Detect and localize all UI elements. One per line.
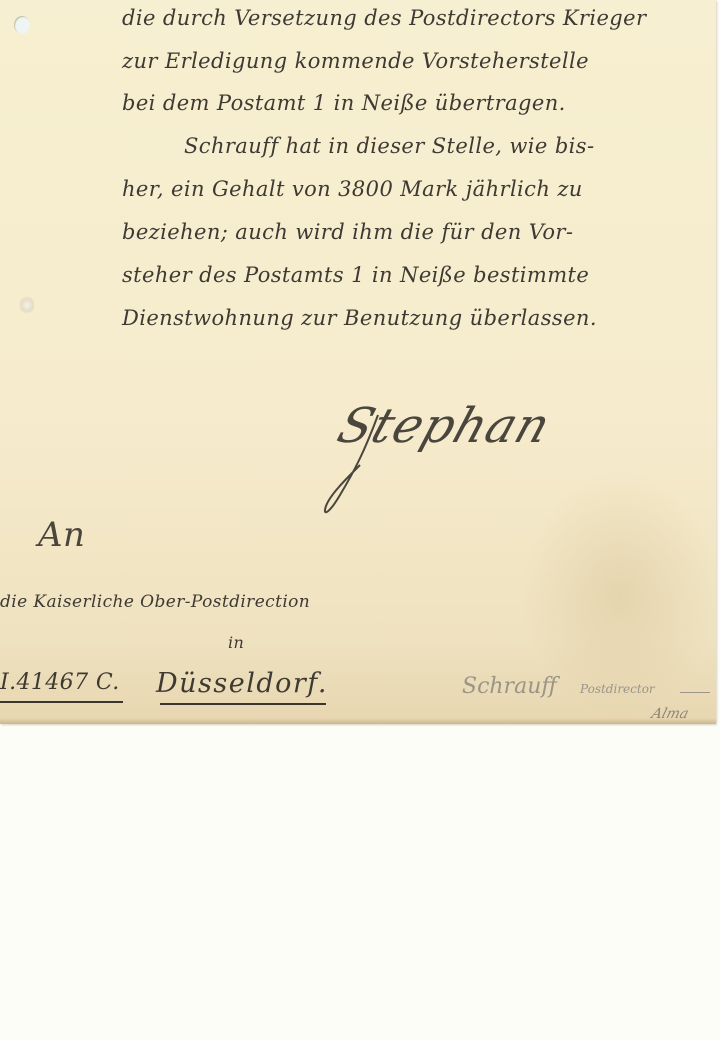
pencil-note-name: Schrauff (462, 674, 557, 699)
punch-hole (14, 16, 30, 34)
body-line-5: her, ein Gehalt von 3800 Mark jährlich z… (122, 177, 583, 201)
body-line-7: steher des Postamts 1 in Neiße bestimmte (122, 263, 589, 287)
reference-number: I.41467 C. (0, 670, 120, 695)
body-line-4: Schrauff hat in dieser Stelle, wie bis- (184, 134, 594, 158)
body-line-6: beziehen; auch wird ihm die für den Vor- (122, 220, 573, 244)
address-salutation: An (38, 515, 85, 555)
body-line-3: bei dem Postamt 1 in Neiße übertragen. (122, 91, 566, 115)
body-line-8: Dienstwohnung zur Benutzung überlassen. (122, 306, 597, 330)
letter-page: die durch Versetzung des Postdirectors K… (0, 0, 716, 724)
pencil-dash (680, 692, 710, 693)
pencil-note-title: Postdirector (580, 682, 655, 696)
pencil-note-initials: Alma (650, 706, 691, 722)
signature: Stephan (331, 398, 558, 454)
tack-mark (20, 296, 34, 314)
address-preposition: in (228, 633, 244, 652)
body-line-2: zur Erledigung kommende Vorsteherstelle (122, 49, 589, 73)
city-underline (160, 703, 326, 705)
reference-underline (0, 701, 123, 703)
address-recipient: die Kaiserliche Ober-Postdirection (0, 592, 310, 612)
address-city: Düsseldorf. (156, 668, 328, 699)
body-line-1: die durch Versetzung des Postdirectors K… (122, 6, 646, 30)
